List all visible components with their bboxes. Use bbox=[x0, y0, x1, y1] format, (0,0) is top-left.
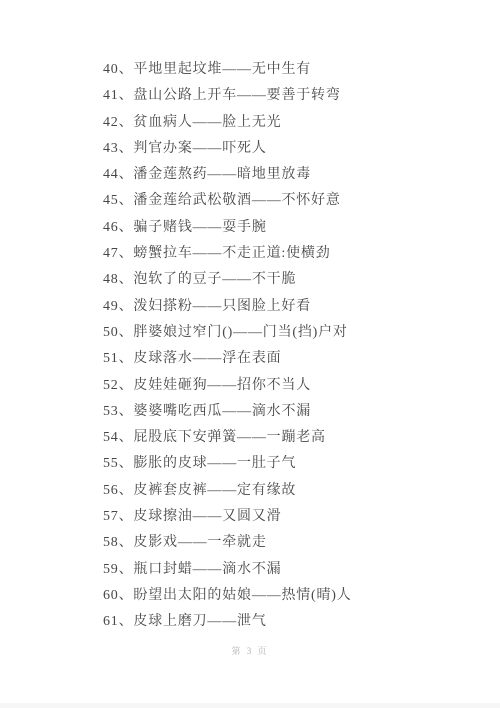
item-number: 40 bbox=[103, 62, 119, 77]
item-clue: 泼妇搽粉 bbox=[133, 299, 192, 314]
item-answer: 一肚子气 bbox=[237, 456, 296, 471]
item-number: 50 bbox=[103, 325, 119, 340]
item-clue: 皮球上磨刀 bbox=[133, 614, 207, 629]
item-clue: 判官办案 bbox=[133, 141, 192, 156]
list-item: 52、皮娃娃砸狗——招你不当人 bbox=[103, 373, 480, 399]
item-dash-text: —— bbox=[222, 404, 252, 419]
number-separator-text: 、 bbox=[119, 299, 134, 314]
item-dash-text: —— bbox=[222, 62, 252, 77]
number-separator-text: 、 bbox=[119, 220, 134, 235]
number-separator-text: 、 bbox=[119, 483, 134, 498]
number-separator-text: 、 bbox=[119, 246, 134, 261]
item-number: 42 bbox=[103, 115, 119, 130]
number-separator-text: 、 bbox=[119, 562, 134, 577]
item-clue: 皮球擦油 bbox=[133, 509, 192, 524]
item-dash-text: —— bbox=[193, 299, 223, 314]
list-item: 53、婆婆嘴吃西瓜——滴水不漏 bbox=[103, 399, 480, 425]
list-item: 55、膨胀的皮球——一肚子气 bbox=[103, 451, 480, 477]
number-separator-text: 、 bbox=[119, 141, 134, 156]
item-clue: 潘金莲熬药 bbox=[133, 167, 207, 182]
document-page: 40、平地里起坟堆——无中生有41、盘山公路上开车——要善于转弯42、贫血病人—… bbox=[0, 0, 500, 708]
item-number: 61 bbox=[103, 614, 119, 629]
item-clue: 潘金莲给武松敬酒 bbox=[133, 193, 251, 208]
item-dash-text: —— bbox=[193, 246, 223, 261]
item-dash-text: —— bbox=[193, 220, 223, 235]
list-item: 51、皮球落水——浮在表面 bbox=[103, 346, 480, 372]
item-clue: 屁股底下安弹簧 bbox=[133, 430, 237, 445]
page-footer: 第 3 页 bbox=[0, 644, 500, 657]
number-separator-text: 、 bbox=[119, 509, 134, 524]
number-separator-text: 、 bbox=[119, 588, 134, 603]
item-dash-text: —— bbox=[193, 141, 223, 156]
item-clue: 贫血病人 bbox=[133, 115, 192, 130]
item-dash-text: —— bbox=[207, 167, 237, 182]
list-item: 47、螃蟹拉车——不走正道:使横劲 bbox=[103, 241, 480, 267]
item-clue: 膨胀的皮球 bbox=[133, 456, 207, 471]
item-answer: 一牵就走 bbox=[207, 535, 266, 550]
page-number-label: 第 3 页 bbox=[231, 646, 268, 656]
item-number: 52 bbox=[103, 378, 119, 393]
number-separator-text: 、 bbox=[119, 62, 134, 77]
item-answer: 滴水不漏 bbox=[252, 404, 311, 419]
item-dash-text: —— bbox=[207, 483, 237, 498]
list-item: 40、平地里起坟堆——无中生有 bbox=[103, 57, 480, 83]
item-answer: 又圆又滑 bbox=[222, 509, 281, 524]
item-number: 48 bbox=[103, 272, 119, 287]
item-number: 51 bbox=[103, 351, 119, 366]
item-dash-text: —— bbox=[207, 378, 237, 393]
item-answer: 暗地里放毒 bbox=[237, 167, 311, 182]
item-answer: 定有缘故 bbox=[237, 483, 296, 498]
item-dash-text: —— bbox=[233, 325, 263, 340]
item-dash-text: —— bbox=[252, 588, 282, 603]
item-answer: 泄气 bbox=[237, 614, 267, 629]
item-dash-text: —— bbox=[178, 535, 208, 550]
list-item: 57、皮球擦油——又圆又滑 bbox=[103, 504, 480, 530]
item-clue: 皮球落水 bbox=[133, 351, 192, 366]
item-number: 47 bbox=[103, 246, 119, 261]
list-item: 60、盼望出太阳的姑娘——热情(晴)人 bbox=[103, 583, 480, 609]
item-clue: 平地里起坟堆 bbox=[133, 62, 222, 77]
item-clue: 皮娃娃砸狗 bbox=[133, 378, 207, 393]
item-number: 41 bbox=[103, 88, 119, 103]
item-number: 59 bbox=[103, 562, 119, 577]
number-separator-text: 、 bbox=[119, 378, 134, 393]
item-clue: 盼望出太阳的姑娘 bbox=[133, 588, 251, 603]
item-dash-text: —— bbox=[252, 193, 282, 208]
item-dash-text: —— bbox=[207, 456, 237, 471]
item-dash-text: —— bbox=[193, 562, 223, 577]
item-number: 58 bbox=[103, 535, 119, 550]
list-item: 61、皮球上磨刀——泄气 bbox=[103, 609, 480, 635]
item-answer: 不走正道:使横劲 bbox=[222, 246, 330, 261]
item-answer: 吓死人 bbox=[222, 141, 266, 156]
number-separator-text: 、 bbox=[119, 88, 134, 103]
item-answer: 热情(晴)人 bbox=[281, 588, 351, 603]
item-number: 55 bbox=[103, 456, 119, 471]
number-separator-text: 、 bbox=[119, 430, 134, 445]
list-item: 54、屁股底下安弹簧——一蹦老高 bbox=[103, 425, 480, 451]
number-separator-text: 、 bbox=[119, 167, 134, 182]
item-answer: 只图脸上好看 bbox=[222, 299, 311, 314]
item-dash-text: —— bbox=[222, 272, 252, 287]
number-separator-text: 、 bbox=[119, 325, 134, 340]
item-dash-text: —— bbox=[237, 430, 267, 445]
list-item: 46、骗子赌钱——耍手腕 bbox=[103, 215, 480, 241]
number-separator-text: 、 bbox=[119, 404, 134, 419]
number-separator-text: 、 bbox=[119, 614, 134, 629]
item-number: 49 bbox=[103, 299, 119, 314]
number-separator-text: 、 bbox=[119, 193, 134, 208]
item-clue: 皮影戏 bbox=[133, 535, 177, 550]
item-clue: 骗子赌钱 bbox=[133, 220, 192, 235]
number-separator-text: 、 bbox=[119, 272, 134, 287]
list-item: 48、泡软了的豆子——不干脆 bbox=[103, 267, 480, 293]
item-clue: 泡软了的豆子 bbox=[133, 272, 222, 287]
item-number: 44 bbox=[103, 167, 119, 182]
number-separator-text: 、 bbox=[119, 351, 134, 366]
item-clue: 胖婆娘过窄门() bbox=[133, 325, 233, 340]
item-answer: 一蹦老高 bbox=[267, 430, 326, 445]
number-separator-text: 、 bbox=[119, 535, 134, 550]
item-answer: 门当(挡)户对 bbox=[263, 325, 348, 340]
item-number: 56 bbox=[103, 483, 119, 498]
page-bottom-edge bbox=[0, 703, 500, 708]
item-clue: 皮裤套皮裤 bbox=[133, 483, 207, 498]
item-clue: 螃蟹拉车 bbox=[133, 246, 192, 261]
item-answer: 滴水不漏 bbox=[222, 562, 281, 577]
item-answer: 招你不当人 bbox=[237, 378, 311, 393]
item-number: 53 bbox=[103, 404, 119, 419]
item-dash-text: —— bbox=[207, 614, 237, 629]
list-item: 43、判官办案——吓死人 bbox=[103, 136, 480, 162]
list-item: 58、皮影戏——一牵就走 bbox=[103, 530, 480, 556]
list-item: 56、皮裤套皮裤——定有缘故 bbox=[103, 478, 480, 504]
item-dash-text: —— bbox=[193, 115, 223, 130]
saying-list: 40、平地里起坟堆——无中生有41、盘山公路上开车——要善于转弯42、贫血病人—… bbox=[103, 57, 480, 636]
item-clue: 瓶口封蜡 bbox=[133, 562, 192, 577]
number-separator-text: 、 bbox=[119, 456, 134, 471]
item-number: 45 bbox=[103, 193, 119, 208]
item-dash-text: —— bbox=[193, 351, 223, 366]
list-item: 44、潘金莲熬药——暗地里放毒 bbox=[103, 162, 480, 188]
item-dash-text: —— bbox=[237, 88, 267, 103]
item-answer: 无中生有 bbox=[252, 62, 311, 77]
list-item: 45、潘金莲给武松敬酒——不怀好意 bbox=[103, 188, 480, 214]
item-answer: 不干脆 bbox=[252, 272, 296, 287]
list-item: 42、贫血病人——脸上无光 bbox=[103, 110, 480, 136]
list-item: 41、盘山公路上开车——要善于转弯 bbox=[103, 83, 480, 109]
item-dash-text: —— bbox=[193, 509, 223, 524]
item-number: 46 bbox=[103, 220, 119, 235]
number-separator-text: 、 bbox=[119, 115, 134, 130]
item-answer: 要善于转弯 bbox=[267, 88, 341, 103]
list-item: 50、胖婆娘过窄门()——门当(挡)户对 bbox=[103, 320, 480, 346]
item-number: 43 bbox=[103, 141, 119, 156]
item-answer: 脸上无光 bbox=[222, 115, 281, 130]
item-number: 54 bbox=[103, 430, 119, 445]
item-answer: 耍手腕 bbox=[222, 220, 266, 235]
item-clue: 婆婆嘴吃西瓜 bbox=[133, 404, 222, 419]
item-clue: 盘山公路上开车 bbox=[133, 88, 237, 103]
item-number: 60 bbox=[103, 588, 119, 603]
list-item: 49、泼妇搽粉——只图脸上好看 bbox=[103, 294, 480, 320]
item-number: 57 bbox=[103, 509, 119, 524]
item-answer: 浮在表面 bbox=[222, 351, 281, 366]
list-item: 59、瓶口封蜡——滴水不漏 bbox=[103, 557, 480, 583]
item-answer: 不怀好意 bbox=[281, 193, 340, 208]
